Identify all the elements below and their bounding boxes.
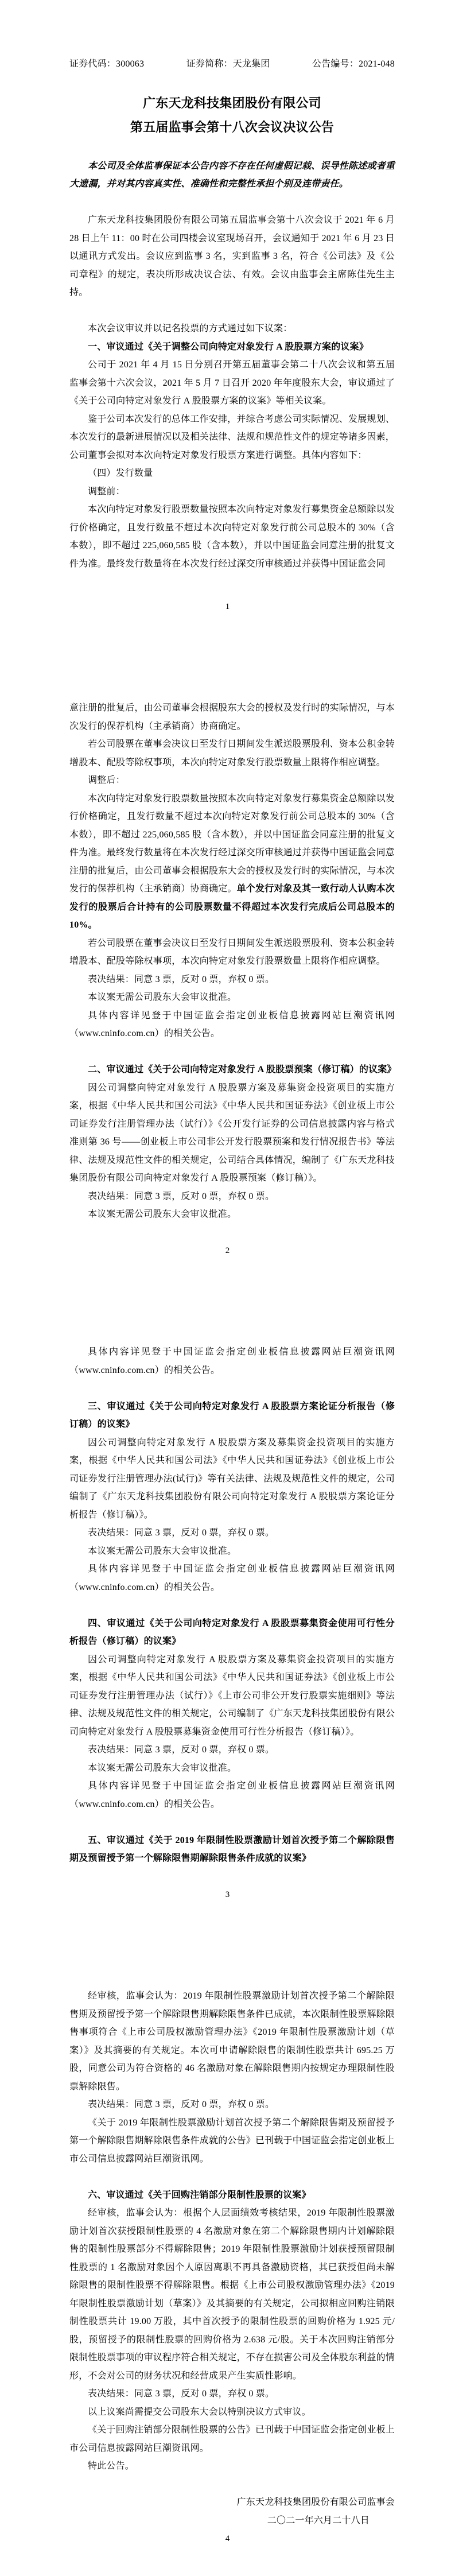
signature-date: 二〇二一年六月二十八日 <box>69 2512 395 2530</box>
paragraph: 本议案无需公司股东大会审议批准。 <box>69 988 395 1007</box>
paragraph: 鉴于公司本次发行的总体工作安排，并综合考虑公司实际情况、发展规划、本次发行的最新… <box>69 410 395 465</box>
paragraph: 公司于 2021 年 4 月 15 日分别召开第五届董事会第二十八次会议和第五届… <box>69 356 395 410</box>
section-heading: 四、审议通过《关于公司向特定对象发行 A 股股票募集资金使用可行性分析报告（修订… <box>69 1615 395 1651</box>
paragraph: 本议案无需公司股东大会审议批准。 <box>69 1542 395 1561</box>
doc-header: 证券代码：300063证券简称：天龙集团公告编号：2021-048 <box>69 55 395 73</box>
page-content: 证券代码：300063证券简称：天龙集团公告编号：2021-048广东天龙科技集… <box>69 55 395 573</box>
doc-subtitle: 第五届监事会第十八次会议决议公告 <box>69 115 395 139</box>
paragraph: 本议案无需公司股东大会审议批准。 <box>69 1759 395 1778</box>
paragraph: 具体内容详见登于中国证监会指定创业板信息披露网站巨潮资讯网（www.cninfo… <box>69 1560 395 1596</box>
blank-line <box>69 1596 395 1615</box>
paragraph: 以上议案尚需提交公司股东大会以特别决议方式审议。 <box>69 2403 395 2422</box>
paragraph: 广东天龙科技集团股份有限公司第五届监事会第十八次会议于 2021 年 6 月 2… <box>69 211 395 302</box>
paragraph: 调整后： <box>69 771 395 790</box>
section-heading: 六、审议通过《关于回购注销部分限制性股票的议案》 <box>69 2186 395 2205</box>
paragraph: 因公司调整向特定对象发行 A 股股票方案及募集资金投资项目的实施方案，根据《中华… <box>69 1079 395 1188</box>
doc-title: 广东天龙科技集团股份有限公司 <box>69 91 395 115</box>
vote-result: 表决结果：同意 3 票，反对 0 票，弃权 0 票。 <box>69 1524 395 1542</box>
section-heading: 五、审议通过《关于 2019 年限制性股票激励计划首次授予第二个解除限售期及预留… <box>69 1832 395 1868</box>
blank-line <box>69 1379 395 1398</box>
page-content: 经审核，监事会认为：2019 年限制性股票激励计划首次授予第二个解除限售期及预留… <box>69 1987 395 2530</box>
blank-line <box>69 2168 395 2186</box>
paragraph: 本议案无需公司股东大会审议批准。 <box>69 1205 395 1224</box>
paragraph: 因公司调整向特定对象发行 A 股股票方案及募集资金投资项目的实施方案，根据《中华… <box>69 1434 395 1524</box>
vote-result: 表决结果：同意 3 票，反对 0 票，弃权 0 票。 <box>69 1188 395 1206</box>
paragraph: 若公司股票在董事会决议日至发行日期间发生派送股票股利、资本公积金转增股本、配股等… <box>69 934 395 971</box>
section-heading: 一、审议通过《关于调整公司向特定对象发行 A 股股票方案的议案》 <box>69 338 395 356</box>
blank-line <box>69 2476 395 2494</box>
paragraph: 具体内容详见登于中国证监会指定创业板信息披露网站巨潮资讯网（www.cninfo… <box>69 1007 395 1043</box>
announcement-number: 公告编号：2021-048 <box>312 55 395 73</box>
page-number: 2 <box>0 1246 455 1255</box>
paragraph: 因公司调整向特定对象发行 A 股股票方案及募集资金投资项目的实施方案，根据《中华… <box>69 1651 395 1741</box>
security-abbreviation: 证券简称：天龙集团 <box>186 55 270 73</box>
paragraph: 《关于回购注销部分限制性股票的公告》已刊载于中国证监会指定创业板上市公司信息披露… <box>69 2421 395 2457</box>
page-content: 具体内容详见登于中国证监会指定创业板信息披露网站巨潮资讯网（www.cninfo… <box>69 1343 395 1868</box>
page-3: 具体内容详见登于中国证监会指定创业板信息披露网站巨潮资讯网（www.cninfo… <box>0 1288 455 1932</box>
section-heading: 三、审议通过《关于公司向特定对象发行 A 股股票方案论证分析报告（修订稿）的议案… <box>69 1398 395 1434</box>
paragraph: 调整前： <box>69 483 395 501</box>
blank-line <box>69 193 395 212</box>
security-code: 证券代码：300063 <box>69 55 144 73</box>
vote-result: 表决结果：同意 3 票，反对 0 票，弃权 0 票。 <box>69 971 395 989</box>
paragraph: 经审核，监事会认为：2019 年限制性股票激励计划首次授予第二个解除限售期及预留… <box>69 1987 395 2096</box>
vote-result: 表决结果：同意 3 票，反对 0 票，弃权 0 票。 <box>69 1741 395 1759</box>
paragraph: 特此公告。 <box>69 2457 395 2476</box>
blank-line <box>69 1043 395 1061</box>
page-number: 4 <box>0 2534 455 2543</box>
page-content: 意注册的批复后，由公司董事会根据股东大会的授权及发行时的实际情况，与本次发行的保… <box>69 699 395 1224</box>
signature-block: 广东天龙科技集团股份有限公司监事会二〇二一年六月二十八日 <box>69 2493 395 2530</box>
page-1: 证券代码：300063证券简称：天龙集团公告编号：2021-048广东天龙科技集… <box>0 0 455 644</box>
body-text: 本次向特定对象发行股票数量按照本次向特定对象发行募集资金总额除以发行价格确定，且… <box>69 794 395 894</box>
signature-company: 广东天龙科技集团股份有限公司监事会 <box>69 2493 395 2512</box>
paragraph: 本次向特定对象发行股票数量按照本次向特定对象发行募集资金总额除以发行价格确定，且… <box>69 790 395 934</box>
page-number: 1 <box>0 602 455 611</box>
paragraph: 经审核，监事会认为：根据个人层面绩效考核结果，2019 年限制性股票激励计划首次… <box>69 2204 395 2385</box>
blank-line <box>69 302 395 320</box>
page-4: 经审核，监事会认为：2019 年限制性股票激励计划首次授予第二个解除限售期及预留… <box>0 1932 455 2576</box>
paragraph: 具体内容详见登于中国证监会指定创业板信息披露网站巨潮资讯网（www.cninfo… <box>69 1343 395 1379</box>
page-number: 3 <box>0 1890 455 1899</box>
paragraph: 本次会议审议并以记名投票的方式通过如下议案： <box>69 320 395 338</box>
announcement-document: 证券代码：300063证券简称：天龙集团公告编号：2021-048广东天龙科技集… <box>0 0 455 2576</box>
paragraph: 若公司股票在董事会决议日至发行日期间发生派送股票股利、资本公积金转增股本、配股等… <box>69 735 395 771</box>
vote-result: 表决结果：同意 3 票，反对 0 票，弃权 0 票。 <box>69 2096 395 2114</box>
paragraph-continuation: 意注册的批复后，由公司董事会根据股东大会的授权及发行时的实际情况，与本次发行的保… <box>69 699 395 735</box>
section-heading: 二、审议通过《关于公司向特定对象发行 A 股股票预案（修订稿）的议案》 <box>69 1061 395 1079</box>
page-2: 意注册的批复后，由公司董事会根据股东大会的授权及发行时的实际情况，与本次发行的保… <box>0 644 455 1288</box>
paragraph: （四）发行数量 <box>69 464 395 483</box>
paragraph: 本次向特定对象发行股票数量按照本次向特定对象发行募集资金总额除以发行价格确定，且… <box>69 501 395 573</box>
vote-result: 表决结果：同意 3 票，反对 0 票，弃权 0 票。 <box>69 2385 395 2403</box>
paragraph: 具体内容详见登于中国证监会指定创业板信息披露网站巨潮资讯网（www.cninfo… <box>69 1777 395 1813</box>
declaration: 本公司及全体监事保证本公告内容不存在任何虚假记载、误导性陈述或者重大遗漏，并对其… <box>69 157 395 193</box>
blank-line <box>69 1813 395 1832</box>
paragraph: 《关于 2019 年限制性股票激励计划首次授予第二个解除限售期及预留授予第一个解… <box>69 2114 395 2168</box>
